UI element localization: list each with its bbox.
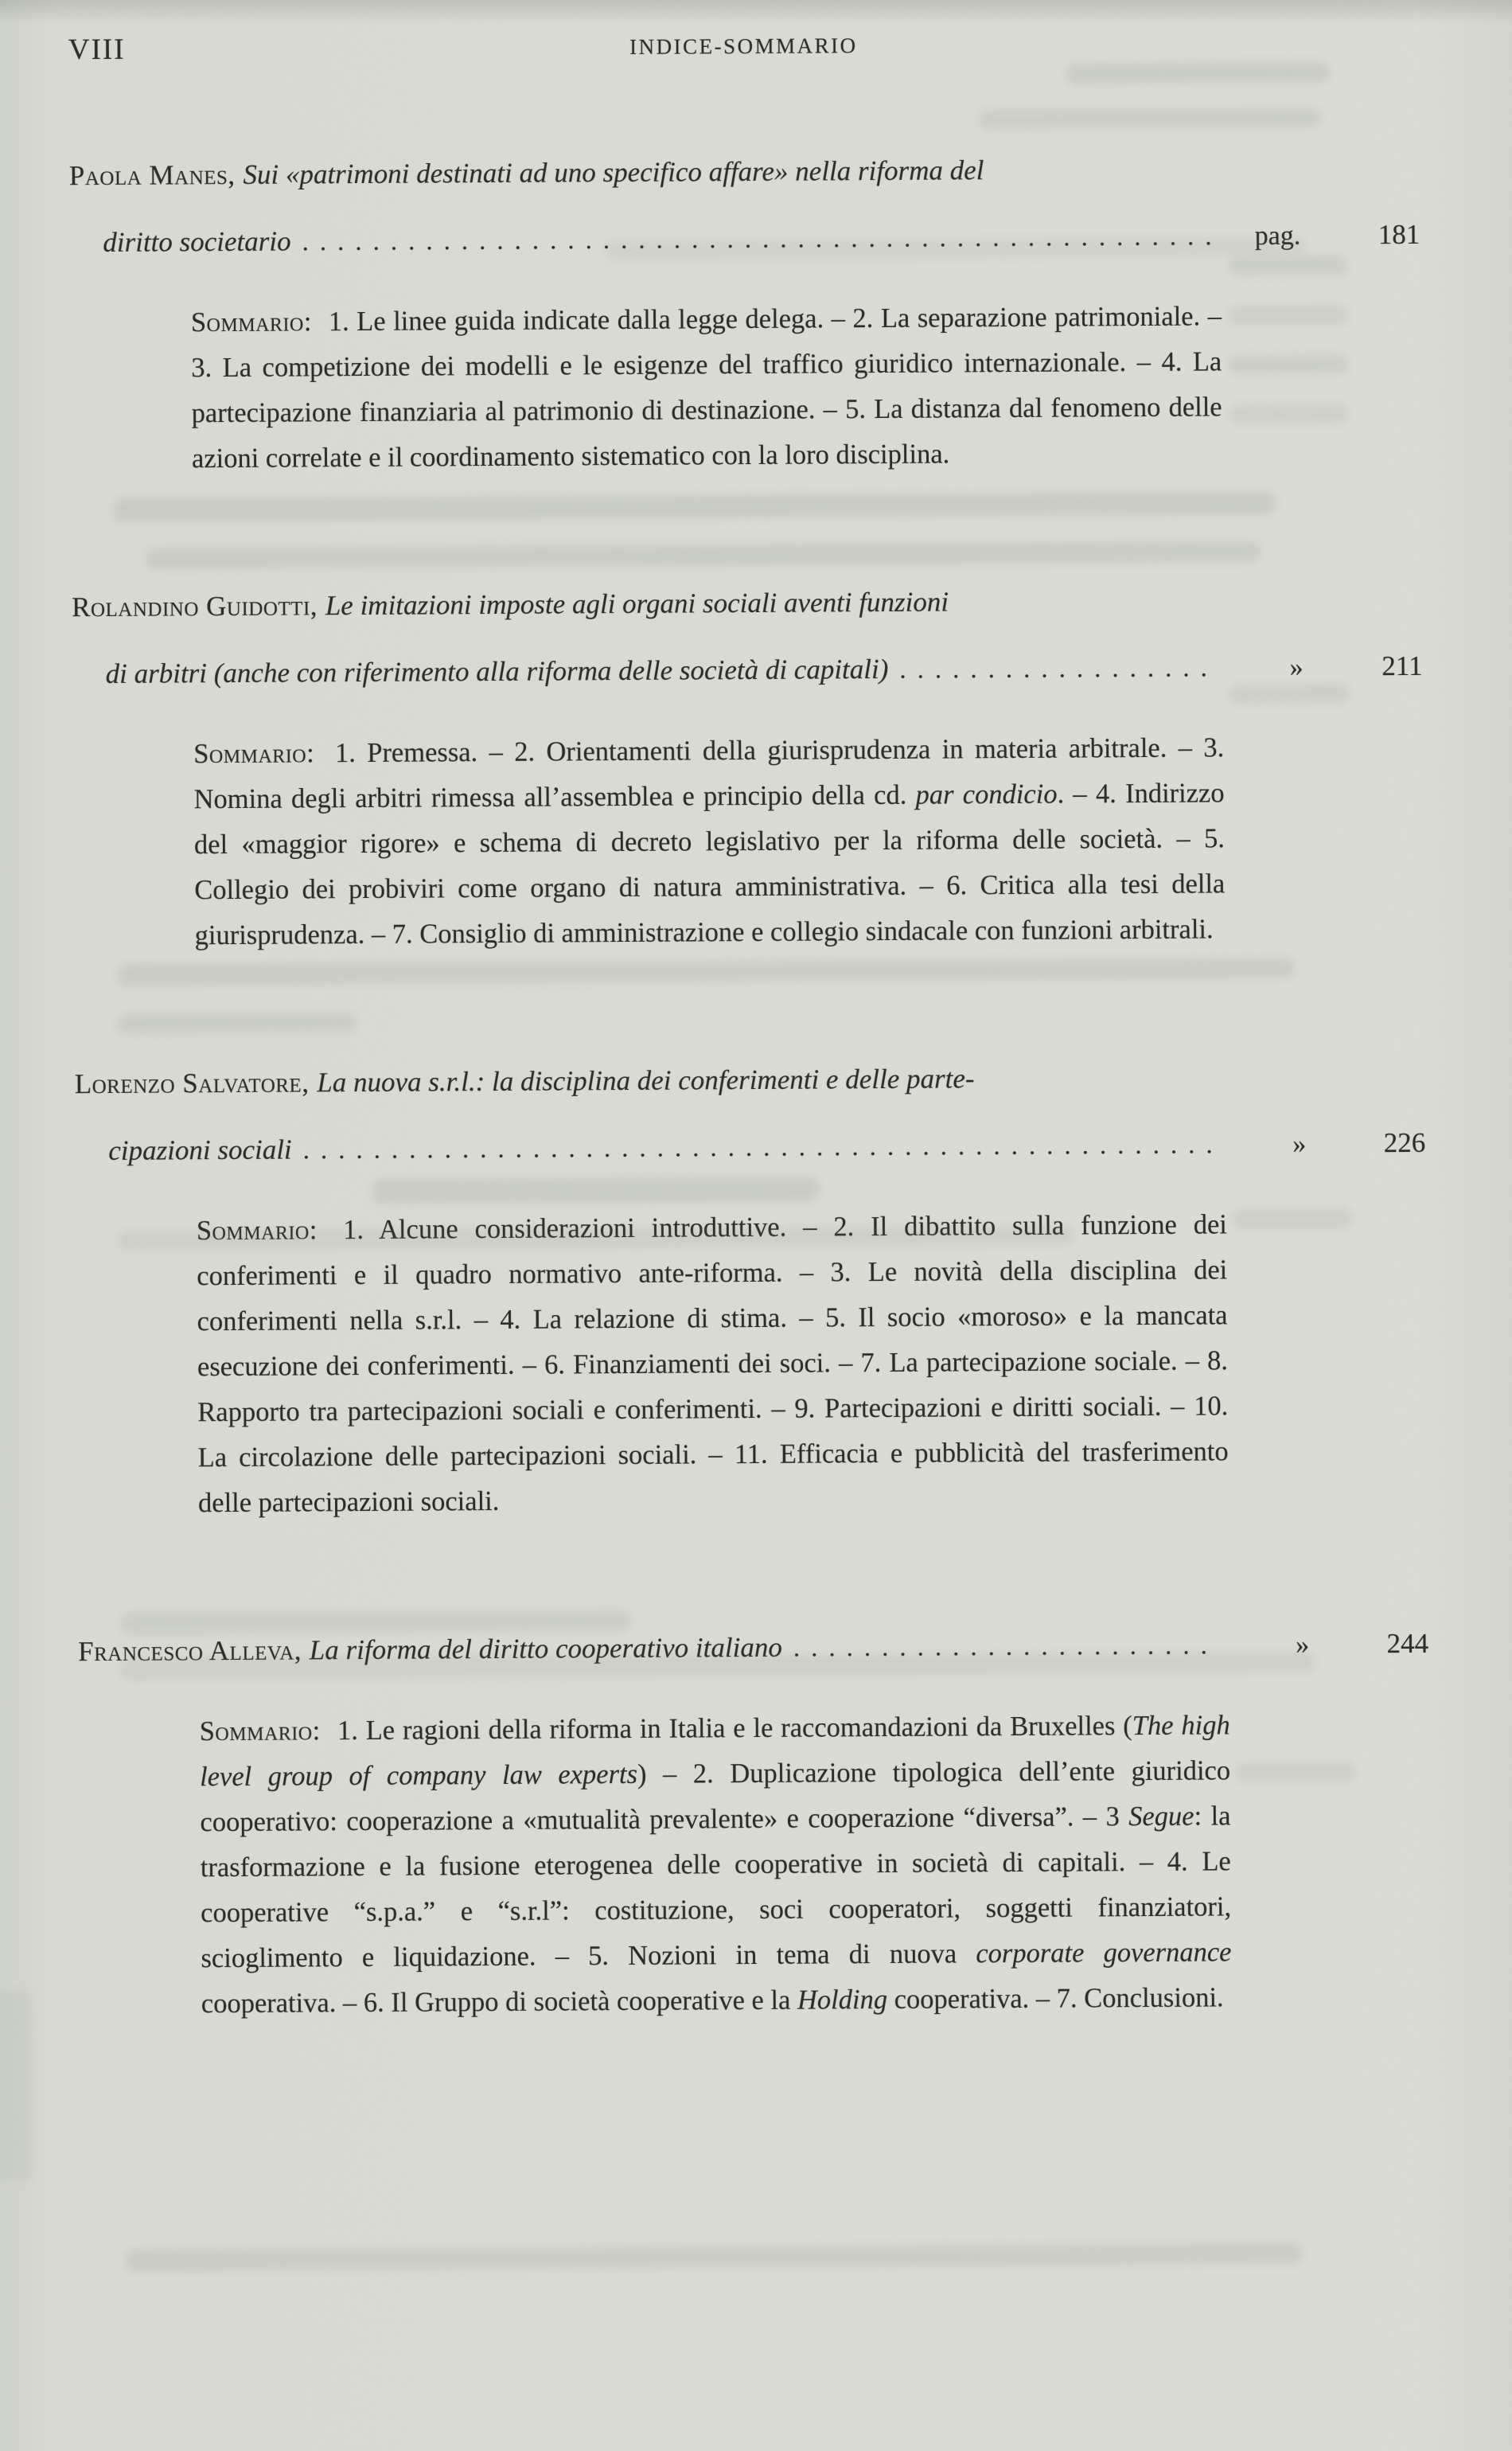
entry-summary: Sommario: 1. Le linee guida indicate dal…	[191, 294, 1222, 482]
summary-label: Sommario:	[191, 306, 312, 338]
entry-author: Lorenzo Salvatore,	[75, 1049, 310, 1118]
entry-title-text-2: di arbitri (anche con riferimento alla r…	[105, 636, 888, 708]
page-ref-group: ........................................…	[888, 633, 1423, 704]
summary-segment: cooperativa. – 6. Il Gruppo di società c…	[201, 1985, 797, 2020]
page-ref-group: ........................................…	[291, 1110, 1425, 1185]
summary-label: Sommario:	[193, 738, 314, 769]
summary-segment: 1. Alcune considerazioni introduttive. –…	[197, 1209, 1229, 1518]
toc-entries: Paola Manes, Sui «patrimoni destinati ad…	[69, 135, 1431, 2028]
entry-title: Lorenzo Salvatore, La nuova s.r.l.: la d…	[75, 1043, 1426, 1185]
toc-entry: Lorenzo Salvatore, La nuova s.r.l.: la d…	[75, 1043, 1428, 1527]
entry-title-text-1: Le imitazioni imposte agli organi social…	[325, 569, 949, 640]
summary-segment: cooperativa. – 7. Conclusioni.	[887, 1982, 1224, 2015]
entry-title-text-1: Sui «patrimoni destinati ad uno specific…	[243, 137, 984, 209]
summary-segment: 1. Le ragioni della riforma in Italia e …	[337, 1711, 1132, 1746]
summary-segment: Holding	[797, 1985, 887, 2016]
running-head-title: INDICE-SOMMARIO	[68, 30, 1419, 63]
entry-title: Rolandino Guidotti, Le imitazioni impost…	[72, 566, 1423, 708]
toc-entry: Francesco Alleva, La riforma del diritto…	[78, 1610, 1431, 2028]
entry-title-text-2: diritto societario	[103, 209, 291, 276]
entry-author: Rolandino Guidotti,	[72, 572, 318, 641]
show-through-smudge	[125, 2243, 1303, 2271]
show-through-smudge	[0, 1990, 33, 2181]
show-through-smudge	[1066, 62, 1329, 84]
entry-title-line-1: Paola Manes, Sui «patrimoni destinati ad…	[69, 135, 1420, 209]
summary-segment: corporate governance	[976, 1937, 1231, 1969]
show-through-smudge	[979, 108, 1321, 130]
dot-leader: ........................................…	[302, 203, 1211, 275]
page-ref-label: pag.	[1211, 203, 1301, 271]
entry-summary: Sommario: 1. Premessa. – 2. Orientamenti…	[193, 725, 1226, 958]
dot-leader: ........................................…	[793, 1612, 1221, 1681]
entry-title-text-2: cipazioni sociali	[108, 1117, 292, 1185]
page-ref-number: 226	[1306, 1110, 1426, 1177]
page-ref-label: »	[1214, 634, 1304, 702]
entry-author: Francesco Alleva,	[78, 1618, 302, 1686]
toc-entry: Rolandino Guidotti, Le imitazioni impost…	[72, 566, 1424, 959]
page-content: VIII INDICE-SOMMARIO Paola Manes, Sui «p…	[0, 0, 1512, 2451]
entry-title-line-1: Rolandino Guidotti, Le imitazioni impost…	[72, 566, 1422, 641]
entry-title-line-1: Francesco Alleva, La riforma del diritto…	[78, 1610, 1428, 1686]
summary-label: Sommario:	[200, 1715, 321, 1747]
page-ref-number: 181	[1300, 201, 1420, 269]
page-ref-label: »	[1217, 1111, 1307, 1179]
entry-author: Paola Manes,	[69, 142, 236, 209]
summary-segment: Segue	[1128, 1801, 1194, 1832]
entry-title-line-2: di arbitri (anche con riferimento alla r…	[72, 633, 1422, 708]
page-ref-number: 211	[1303, 633, 1423, 701]
entry-title: Paola Manes, Sui «patrimoni destinati ad…	[69, 135, 1420, 277]
entry-summary: Sommario: 1. Le ragioni della riforma in…	[200, 1703, 1232, 2027]
page-ref-label: »	[1220, 1612, 1310, 1680]
book-page: VIII INDICE-SOMMARIO Paola Manes, Sui «p…	[0, 0, 1512, 2451]
entry-summary: Sommario: 1. Alcune considerazioni intro…	[197, 1202, 1229, 1526]
entry-title-line-2: diritto societario .....................…	[69, 201, 1420, 277]
entry-title-text-1: La nuova s.r.l.: la disciplina dei confe…	[317, 1045, 975, 1116]
dot-leader: ........................................…	[899, 634, 1214, 703]
page-ref-group: ........................................…	[290, 201, 1420, 276]
toc-entry: Paola Manes, Sui «patrimoni destinati ad…	[69, 135, 1422, 482]
page-ref-number: 244	[1309, 1610, 1429, 1678]
page-ref-group: ........................................…	[782, 1610, 1429, 1682]
entry-title-line-2: cipazioni sociali ......................…	[75, 1110, 1425, 1185]
entry-title-line-1: Lorenzo Salvatore, La nuova s.r.l.: la d…	[75, 1043, 1425, 1118]
summary-segment: par condicio	[915, 779, 1057, 810]
dot-leader: ........................................…	[302, 1111, 1217, 1184]
entry-title: Francesco Alleva, La riforma del diritto…	[78, 1610, 1428, 1686]
summary-segment: 1. Le linee guida indicate dalla legge d…	[191, 301, 1222, 474]
entry-title-text-1: La riforma del diritto cooperativo itali…	[310, 1614, 783, 1684]
summary-label: Sommario:	[197, 1215, 318, 1246]
running-header: VIII INDICE-SOMMARIO	[68, 25, 1419, 69]
